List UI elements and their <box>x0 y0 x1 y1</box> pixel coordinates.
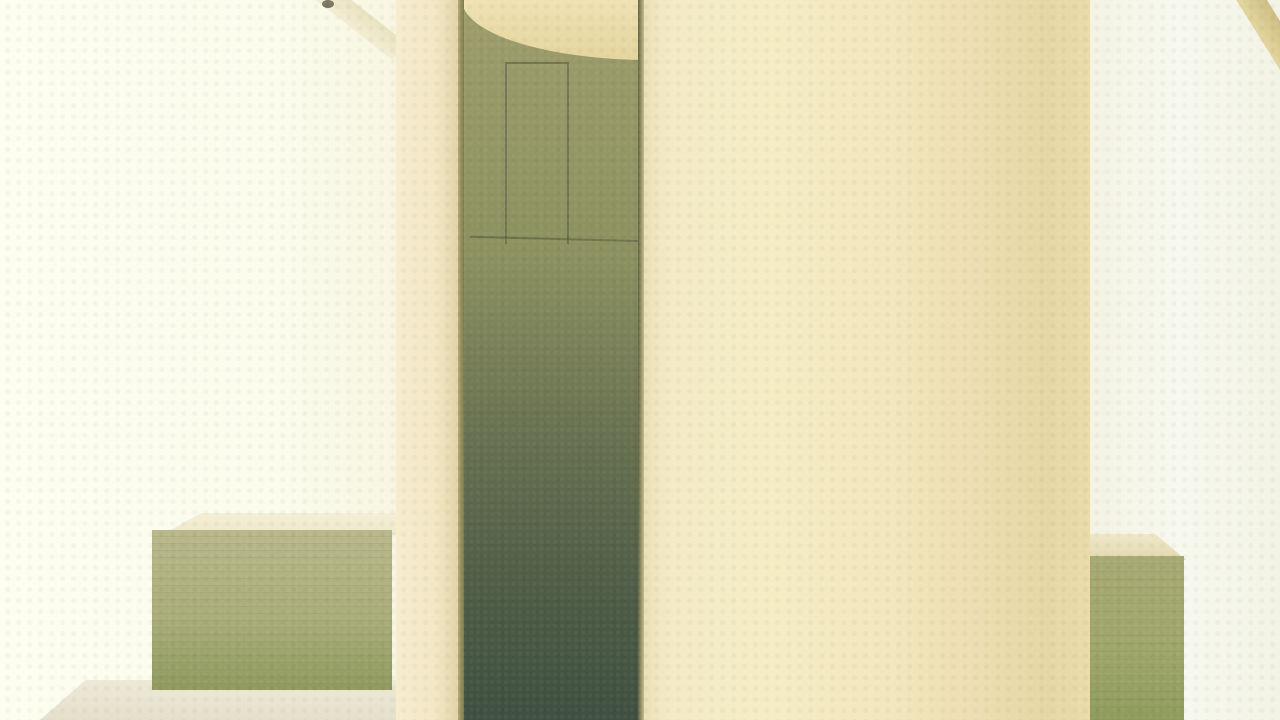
low-block-left <box>152 530 392 690</box>
curved-wall-shadow-edge <box>458 0 464 720</box>
cylinder-shadow-edge <box>638 0 644 720</box>
ceiling-light-fixture <box>322 0 334 8</box>
curved-wall-front-edge <box>396 0 462 720</box>
large-cylinder-wall <box>642 0 1090 720</box>
low-block-right <box>1086 556 1184 720</box>
inner-wall-panel-outline <box>505 62 569 244</box>
installation-photo <box>0 0 1280 720</box>
